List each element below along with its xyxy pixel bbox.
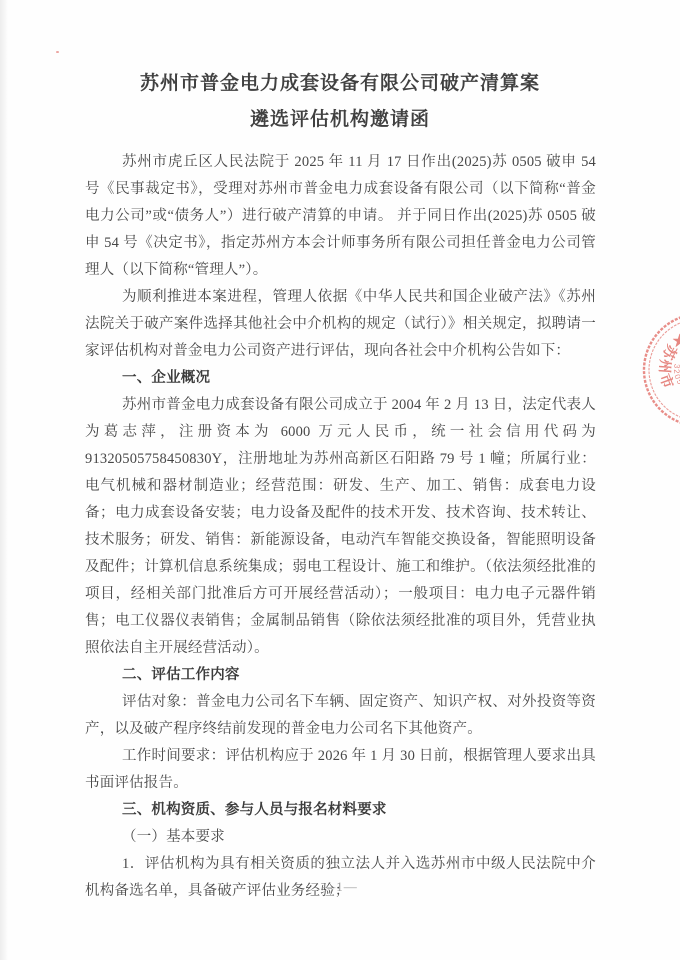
paragraph-announcement: 为顺利推进本案进程，管理人依据《中华人民共和国企业破产法》《苏州法院关于破产案件…: [85, 284, 596, 365]
paragraph-appraisal-target: 评估对象：普金电力公司名下车辆、固定资产、知识产权、对外投资等资产，以及破产程序…: [85, 689, 596, 743]
page-number: —1—: [0, 879, 680, 895]
document-body: 苏州市虎丘区人民法院于 2025 年 11 月 17 日作出(2025)苏 05…: [0, 149, 680, 905]
section-heading-scope: 二、评估工作内容: [85, 662, 596, 689]
paragraph-requirement-1: 1．评估机构为具有相关资质的独立法人并入选苏州市中级人民法院中介机构备选名单，具…: [85, 851, 596, 905]
section-heading-company: 一、企业概况: [85, 365, 596, 392]
section-heading-materials: 三、机构资质、参与人员与报名材料要求: [85, 797, 596, 824]
paragraph-company-profile: 苏州市普金电力成套设备有限公司成立于 2004 年 2 月 13 日，法定代表人…: [85, 392, 596, 662]
document-title-line2: 遴选评估机构邀请函: [0, 102, 680, 138]
paragraph-court-ruling: 苏州市虎丘区人民法院于 2025 年 11 月 17 日作出(2025)苏 05…: [85, 149, 596, 284]
document-page: 苏州市普金电力成套设备有限公司破产清算案 遴选评估机构邀请函 苏州市虎丘区人民法…: [0, 0, 680, 960]
document-title-line1: 苏州市普金电力成套设备有限公司破产清算案: [0, 66, 680, 102]
document-title: 苏州市普金电力成套设备有限公司破产清算案 遴选评估机构邀请函: [0, 0, 680, 138]
paragraph-time-requirement: 工作时间要求：评估机构应于 2026 年 1 月 30 日前，根据管理人要求出具…: [85, 743, 596, 797]
subheading-basic-requirement: （一）基本要求: [85, 824, 596, 851]
